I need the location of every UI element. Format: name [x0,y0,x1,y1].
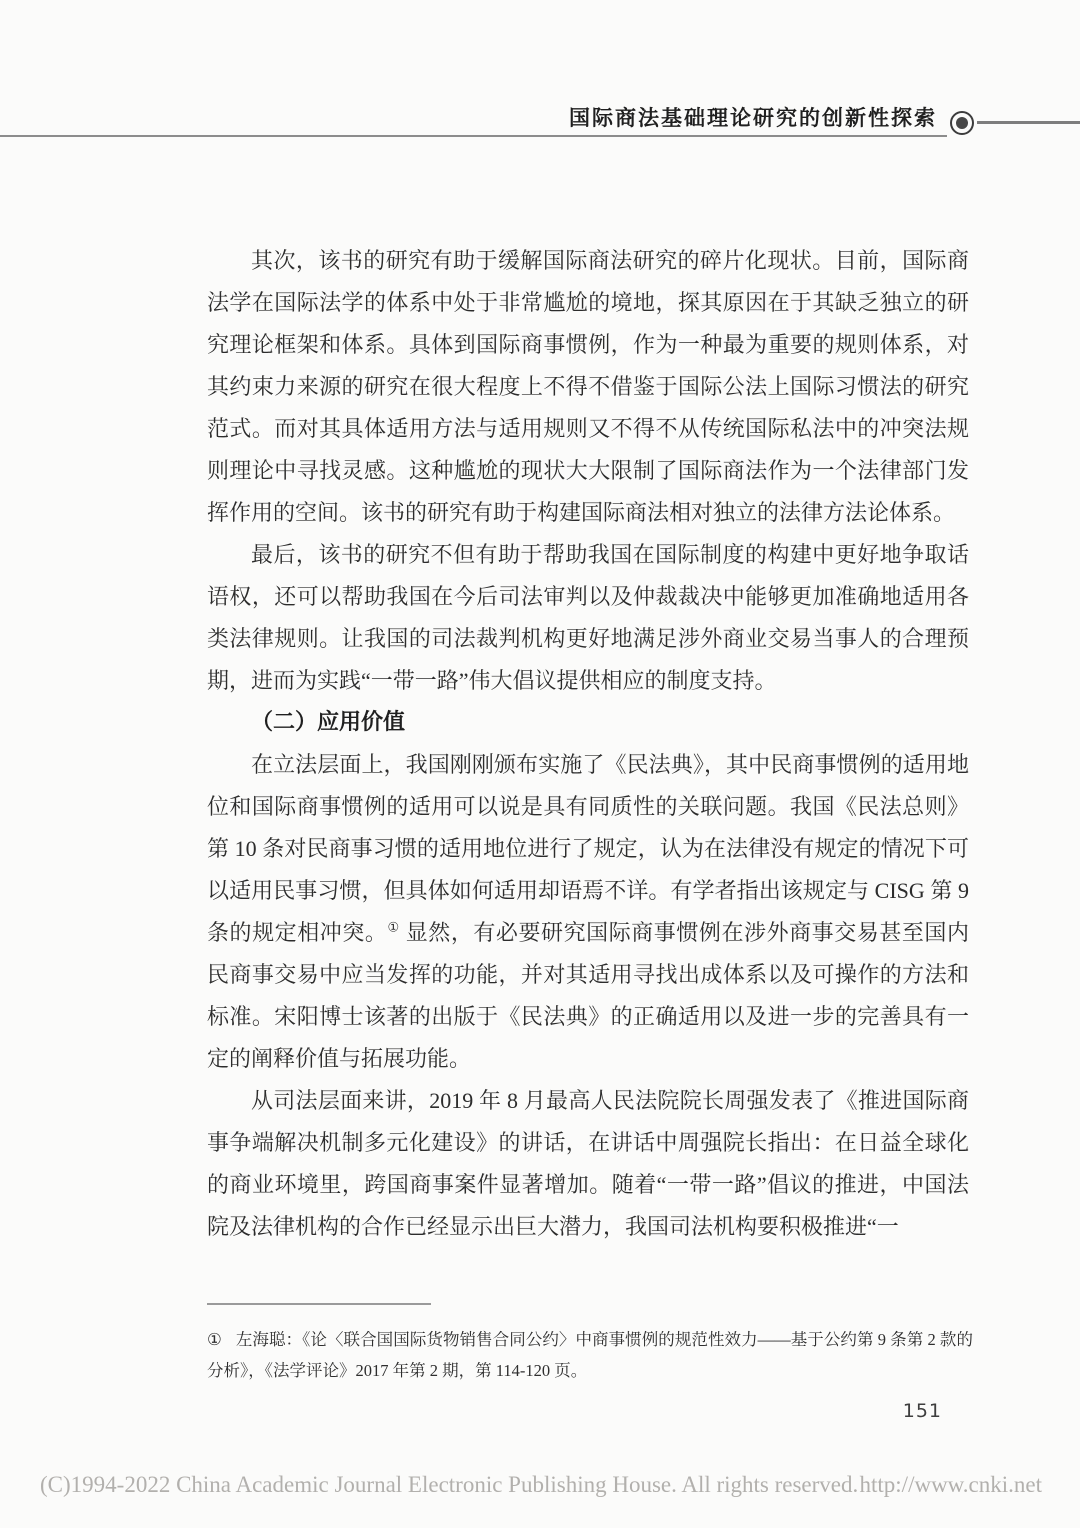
header-bullet-dot-icon [956,117,968,129]
header-rule-right [977,121,1080,124]
article-body: 其次，该书的研究有助于缓解国际商法研究的碎片化现状。目前，国际商法学在国际法学的… [207,240,969,1248]
footnote-text: 左海聪：《论〈联合国国际货物销售合同公约〉中商事惯例的规范性效力——基于公约第 … [207,1330,973,1380]
footnote-reference: ① [387,920,399,935]
header-bullet-icon [950,111,974,135]
footer-url: http://www.cnki.net [860,1472,1042,1498]
footnote-marker: ① [207,1330,222,1349]
header-rule-left [0,135,947,137]
footnote-separator [207,1303,431,1305]
running-head-title: 国际商法基础理论研究的创新性探索 [0,102,937,132]
section-heading: （二）应用价值 [207,702,969,744]
paragraph: 从司法层面来讲，2019 年 8 月最高人民法院院长周强发表了《推进国际商事争端… [207,1080,969,1248]
journal-page: 国际商法基础理论研究的创新性探索 其次，该书的研究有助于缓解国际商法研究的碎片化… [0,0,1080,1528]
footnote: ①左海聪：《论〈联合国国际货物销售合同公约〉中商事惯例的规范性效力——基于公约第… [207,1324,973,1386]
page-number: 151 [0,1400,942,1422]
paragraph: 最后，该书的研究不但有助于帮助我国在国际制度的构建中更好地争取话语权，还可以帮助… [207,534,969,702]
paragraph-text: 在立法层面上，我国刚刚颁布实施了《民法典》，其中民商事惯例的适用地位和国际商事惯… [207,752,969,945]
paragraph: 其次，该书的研究有助于缓解国际商法研究的碎片化现状。目前，国际商法学在国际法学的… [207,240,969,534]
footer: (C)1994-2022 China Academic Journal Elec… [40,1472,1042,1498]
paragraph: 在立法层面上，我国刚刚颁布实施了《民法典》，其中民商事惯例的适用地位和国际商事惯… [207,744,969,1080]
footer-copyright: (C)1994-2022 China Academic Journal Elec… [40,1472,858,1498]
